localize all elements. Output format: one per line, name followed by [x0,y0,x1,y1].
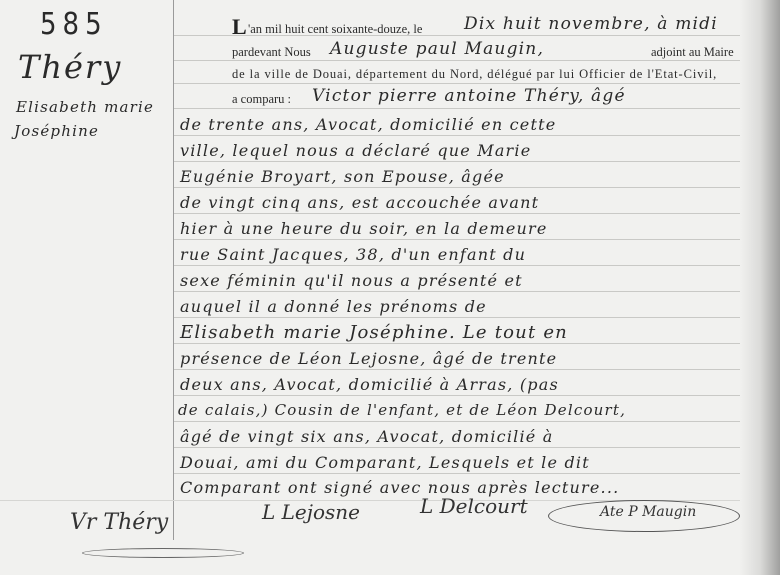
handwritten-line: de trente ans, Avocat, domicilié en cett… [180,115,556,134]
ruled-line [174,317,740,318]
ruled-line [174,265,740,266]
ruled-line [174,421,740,422]
handwritten-line: âgé de vingt six ans, Avocat, domicilié … [180,427,553,446]
signature-flourish [82,548,244,558]
act-number: 585 [40,8,108,43]
handwritten-line: deux ans, Avocat, domicilié à Arras, (pa… [180,375,559,394]
ruled-line [174,187,740,188]
ruled-line [174,161,740,162]
handwritten-line: ville, lequel nous a déclaré que Marie [180,141,531,160]
drop-cap: L [232,14,247,40]
ruled-line [174,369,740,370]
printed-line-2-suffix: adjoint au Maire [651,45,734,60]
signature-official: Ate P Maugin [600,504,696,520]
handwritten-line: sexe féminin qu'il nous a présenté et [180,271,523,290]
handwritten-line: présence de Léon Lejosne, âgé de trente [180,349,557,368]
signature-witness-2: L Delcourt [420,494,528,518]
handwritten-line: auquel il a donné les prénoms de [180,297,487,316]
printed-line-2: pardevant Nous [232,45,311,60]
margin-given-names: Elisabeth marie [16,98,154,116]
printed-line-4: a comparu : [232,92,291,107]
ruled-line [174,83,740,84]
ruled-line [174,108,740,109]
ruled-line [174,473,740,474]
ruled-line [174,447,740,448]
handwritten-line: de calais,) Cousin de l'enfant, et de Lé… [178,401,626,419]
margin-divider [173,0,174,540]
handwritten-line: Comparant ont signé avec nous après lect… [180,478,619,497]
margin-given-names-2: Joséphine [14,122,99,140]
signature-witness-1: L Lejosne [262,500,360,524]
handwritten-line: Elisabeth marie Joséphine. Le tout en [180,322,568,343]
handwritten-date: Dix huit novembre, à midi [464,14,718,34]
ruled-line [174,395,740,396]
ruled-line [174,239,740,240]
ruled-line [174,343,740,344]
handwritten-line: Douai, ami du Comparant, Lesquels et le … [180,453,590,472]
printed-line-3: de la ville de Douai, département du Nor… [232,67,717,82]
ruled-line [174,60,740,61]
signature-comparant: Vr Théry [70,510,168,535]
handwritten-line: hier à une heure du soir, en la demeure [180,219,548,238]
handwritten-line: rue Saint Jacques, 38, d'un enfant du [180,245,526,264]
ruled-line [174,213,740,214]
handwritten-official: Auguste paul Maugin, [330,39,544,59]
handwritten-comparant: Victor pierre antoine Théry, âgé [312,86,626,106]
ruled-line [174,291,740,292]
handwritten-line: Eugénie Broyart, son Epouse, âgée [180,167,505,186]
ruled-line [174,135,740,136]
margin-surname: Théry [18,48,122,86]
register-page: 585 Théry Elisabeth marie Joséphine L 'a… [0,0,780,575]
handwritten-line: de vingt cinq ans, est accouchée avant [180,193,539,212]
printed-line-1: 'an mil huit cent soixante-douze, le [248,22,422,37]
